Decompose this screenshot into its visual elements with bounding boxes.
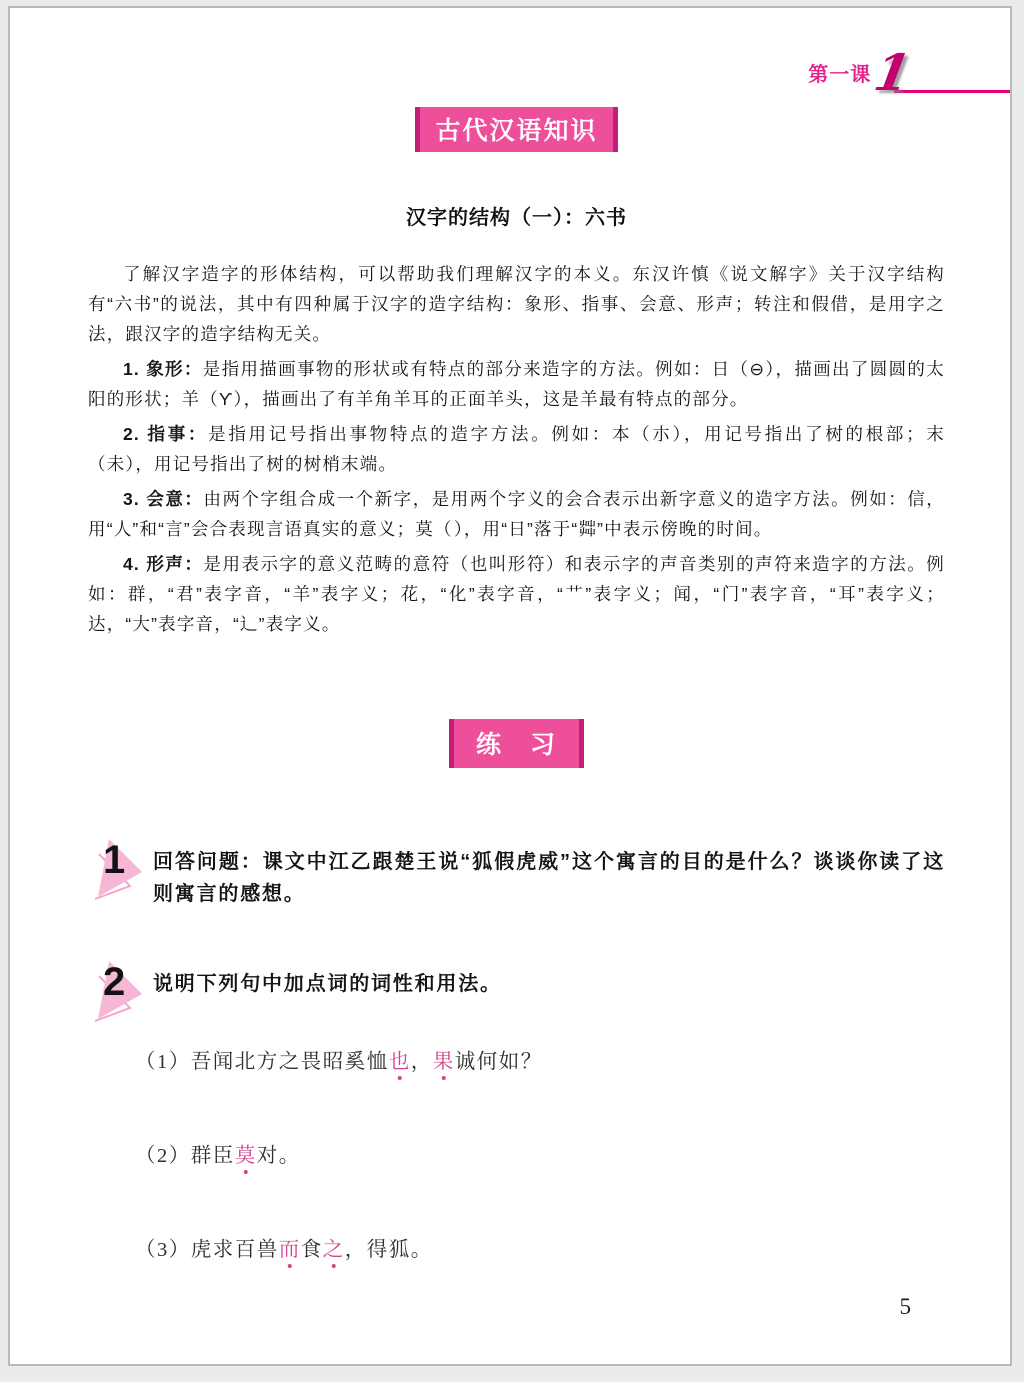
question-number: 2 [103, 962, 125, 1002]
section-badge-knowledge: 古代汉语知识 [415, 107, 617, 152]
item-text: 是指用记号指出事物特点的造字方法。例如：本（朩），用记号指出了树的根部；末（未）… [88, 424, 945, 474]
question-1-marker: 1 [94, 838, 144, 900]
sub-question-text: 诚何如？ [455, 1051, 543, 1073]
item-lead: 1. 象形： [123, 359, 203, 379]
intro-paragraph: 了解汉字造字的形体结构，可以帮助我们理解汉字的本义。东汉许慎《说文解字》关于汉字… [88, 259, 945, 349]
question-2-marker: 2 [94, 960, 144, 1022]
textbook-page: 第一课 1 古代汉语知识 汉字的结构（一）：六书 了解汉字造字的形体结构，可以帮… [8, 6, 1012, 1366]
lesson-label: 第一课 [808, 58, 871, 87]
item-text: 是指用描画事物的形状或有特点的部分来造字的方法。例如：日（⊖），描画出了圆圆的太… [88, 359, 945, 409]
item-text: 由两个字组合成一个新字，是用两个字义的会合表示出新字意义的造字方法。例如：信，用… [88, 489, 945, 539]
sub-question-3: （3）虎求百兽而食之，得狐。 [135, 1232, 945, 1262]
sub-question-1: （1）吾闻北方之畏昭奚恤也，果诚何如？ [135, 1044, 945, 1074]
sub-question-2: （2）群臣莫对。 [135, 1138, 945, 1168]
sub-question-text: 食 [301, 1239, 323, 1261]
lesson-header: 第一课 1 [808, 50, 1010, 96]
item-paragraph-compound: 3. 会意：由两个字组合成一个新字，是用两个字义的会合表示出新字意义的造字方法。… [88, 484, 945, 544]
sub-question-text: ，得狐。 [345, 1239, 433, 1261]
item-lead: 2. 指事： [123, 424, 208, 444]
item-paragraph-pictograph: 1. 象形：是指用描画事物的形状或有特点的部分来造字的方法。例如：日（⊖），描画… [88, 354, 945, 414]
page-number: 5 [900, 1294, 912, 1320]
sub-question-text: （2）群臣 [135, 1145, 235, 1167]
item-paragraph-phono-semantic: 4. 形声：是用表示字的意义范畴的意符（也叫形符）和表示字的声音类别的声符来造字… [88, 549, 945, 639]
sub-question-text: ， [411, 1051, 433, 1073]
sub-question-text: （3）虎求百兽 [135, 1239, 279, 1261]
question-number: 1 [103, 840, 125, 880]
emphasized-word: 果 [433, 1051, 455, 1073]
question-text: 说明下列句中加点词的词性和用法。 [153, 960, 502, 1000]
sub-question-text: 对。 [257, 1145, 301, 1167]
emphasized-word: 之 [323, 1239, 345, 1261]
emphasized-word: 而 [279, 1239, 301, 1261]
item-paragraph-indicative: 2. 指事：是指用记号指出事物特点的造字方法。例如：本（朩），用记号指出了树的根… [88, 419, 945, 479]
item-lead: 4. 形声： [123, 554, 203, 574]
item-text: 是用表示字的意义范畴的意符（也叫形符）和表示字的声音类别的声符来造字的方法。例如… [88, 554, 945, 634]
section-title: 汉字的结构（一）：六书 [88, 201, 945, 230]
emphasized-word: 也 [389, 1051, 411, 1073]
header-rule-line [894, 90, 1010, 93]
sub-question-text: （1）吾闻北方之畏昭奚恤 [135, 1051, 389, 1073]
item-lead: 3. 会意： [123, 489, 203, 509]
question-1: 1 回答问题：课文中江乙跟楚王说“狐假虎威”这个寓言的目的是什么？谈谈你读了这则… [88, 838, 945, 910]
question-text: 回答问题：课文中江乙跟楚王说“狐假虎威”这个寓言的目的是什么？谈谈你读了这则寓言… [153, 838, 945, 910]
emphasized-word: 莫 [235, 1145, 257, 1167]
question-2: 2 说明下列句中加点词的词性和用法。 [88, 960, 945, 1022]
section-badge-exercise: 练 习 [449, 719, 584, 768]
